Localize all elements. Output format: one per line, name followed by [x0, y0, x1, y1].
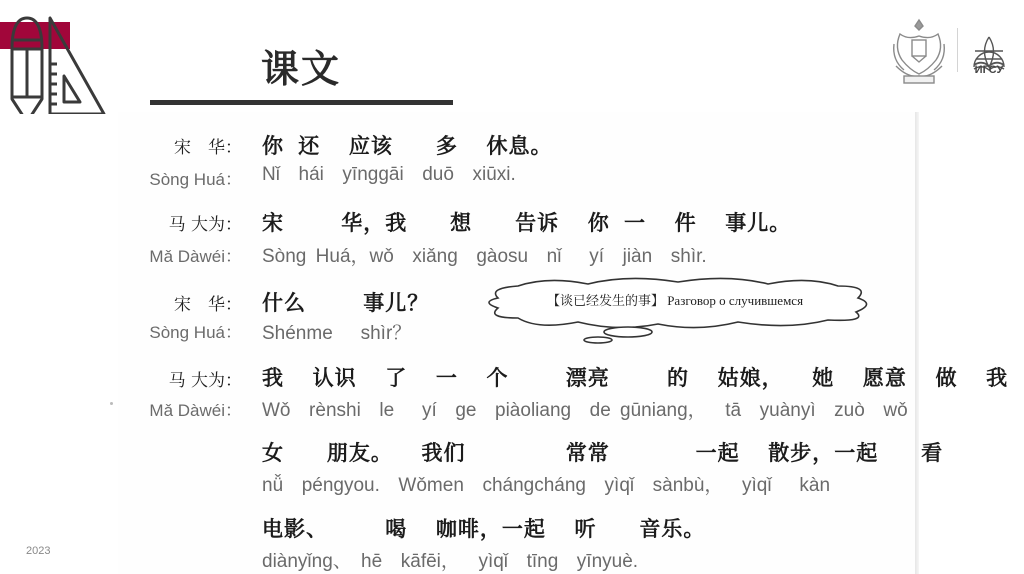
- speaker-pinyin: Mǎ Dàwéi：: [122, 396, 242, 421]
- dialogue-line-pinyin: nǚ péngyou. Wǒmen chángcháng yìqǐ sànbù，…: [262, 470, 830, 497]
- footer-year: 2023: [26, 545, 60, 557]
- dialogue-line-pinyin: Wǒ rènshi le yí ge piàoliang de gūniang，…: [262, 395, 908, 422]
- dialogue-line-pinyin: diànyǐng、 hē kāfēi， yìqǐ tīng yīnyuè.: [262, 546, 638, 573]
- speaker-pinyin: Mǎ Dàwéi：: [122, 242, 242, 267]
- dialogue-line-pinyin: Shénme shìr？: [262, 318, 411, 345]
- slide: 课文 ИГСУ 宋 华： Sòng Huá： 你 还 应该 多 休息。 Nǐ: [0, 0, 1024, 574]
- dialogue-line-cn: 电影、 喝 咖啡，一起 听 音乐。: [262, 513, 705, 543]
- scan-speck: [110, 402, 113, 405]
- igsu-logo-label: ИГСУ: [966, 64, 1012, 76]
- dialogue-line-cn: 什么 事儿？: [262, 287, 429, 317]
- pencil-ruler-icon: [4, 14, 108, 114]
- dialogue-line-pinyin: Sòng Huá，wǒ xiǎng gàosu nǐ yí jiàn shìr.: [262, 241, 707, 268]
- slide-title: 课文: [236, 38, 366, 93]
- scan-edge: [915, 112, 919, 574]
- speaker-pinyin: Sòng Huá：: [122, 318, 242, 343]
- speaker-cn: 宋 华：: [122, 290, 242, 315]
- speaker-cn: 马 大为：: [122, 366, 242, 391]
- university-crest-icon: [890, 14, 948, 86]
- dialogue-line-pinyin: Nǐ hái yīnggāi duō xiūxi.: [262, 164, 516, 186]
- speaker-pinyin: Sòng Huá：: [122, 165, 242, 190]
- callout-text: 【谈已经发生的事】 Разговор о случившемся: [510, 290, 840, 309]
- dialogue-line-cn: 我 认识 了 一 个 漂亮 的 姑娘， 她 愿意 做 我: [262, 362, 1008, 392]
- thought-cloud-icon: [478, 274, 878, 344]
- speaker-cn: 马 大为：: [122, 210, 242, 235]
- dialogue-line-cn: 你 还 应该 多 休息。: [262, 130, 553, 160]
- logo-divider: [957, 28, 958, 72]
- dialogue-line-cn: 宋 华，我 想 告诉 你 一 件 事儿。: [262, 207, 791, 237]
- speaker-cn: 宋 华：: [122, 133, 242, 158]
- title-underline: [150, 100, 453, 105]
- dialogue-line-cn: 女 朋友。 我们 常常 一起 散步，一起 看: [262, 437, 943, 467]
